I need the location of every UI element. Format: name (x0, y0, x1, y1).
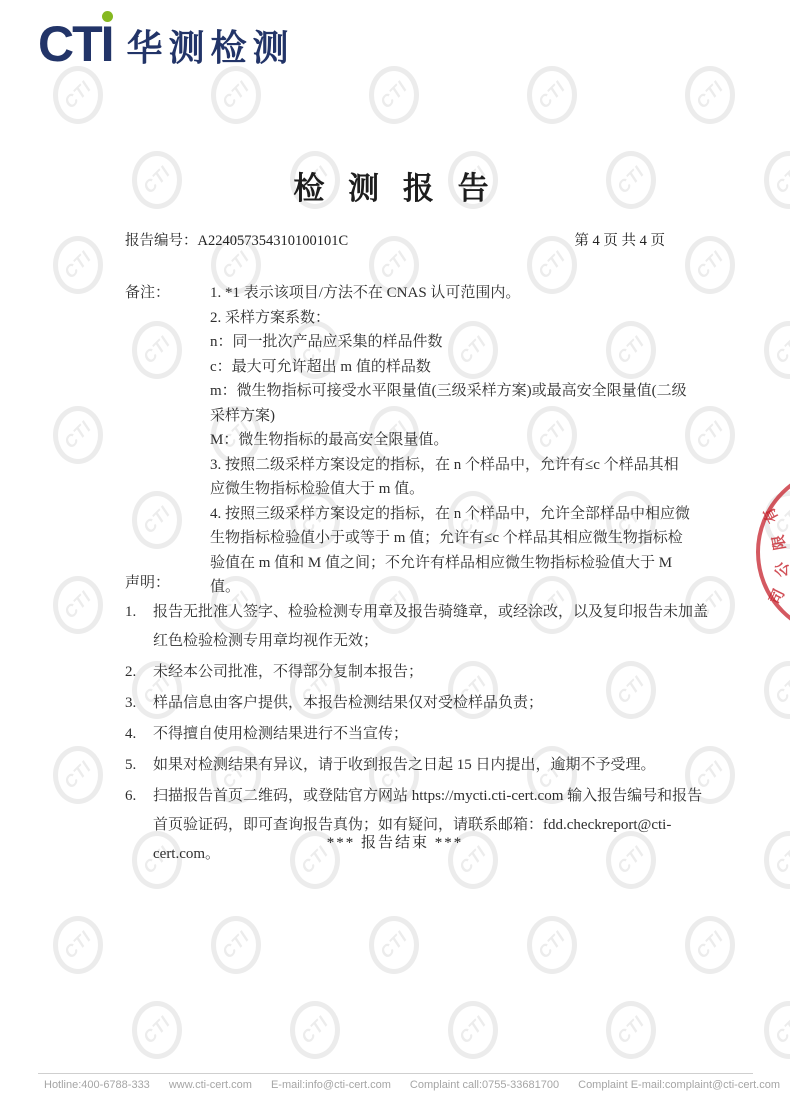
cti-logo: CTI 华测检测 (38, 24, 295, 65)
report-number-value: A224057354310100101C (198, 233, 349, 249)
declarations-label: 声明： (125, 571, 710, 592)
declaration-item-number: 4. (125, 720, 153, 749)
note-item: M：微生物指标的最高安全限量值。 (210, 428, 690, 453)
declaration-item-number: 6. (125, 782, 153, 869)
declaration-item-text: 扫描报告首页二维码，或登陆官方网站 https://mycti.cti-cert… (153, 782, 708, 869)
declaration-item-text: 未经本公司批准，不得部分复制本报告； (153, 658, 708, 687)
notes-list: 1. *1 表示该项目/方法不在 CNAS 认可范围内。2. 采样方案系数：n：… (210, 281, 690, 600)
declaration-item: 5.如果对检测结果有异议，请于收到报告之日起 15 日内提出，逾期不予受理。 (125, 751, 710, 780)
declaration-item: 2.未经本公司批准，不得部分复制本报告； (125, 658, 710, 687)
declaration-item-number: 5. (125, 751, 153, 780)
cti-logo-chinese: 华测检测 (127, 31, 295, 65)
declaration-item-text: 如果对检测结果有异议，请于收到报告之日起 15 日内提出，逾期不予受理。 (153, 751, 708, 780)
report-content: CTI 华测检测 检 测 报 告 报告编号：A22405735431010010… (0, 0, 790, 1117)
footer-contact-item: Hotline:400-6788-333 (44, 1079, 150, 1091)
notes-section: 备注： 1. *1 表示该项目/方法不在 CNAS 认可范围内。2. 采样方案系… (125, 281, 691, 600)
declaration-item-text: 不得擅自使用检测结果进行不当宣传； (153, 720, 708, 749)
declaration-item-number: 3. (125, 689, 153, 718)
declaration-item-number: 1. (125, 598, 153, 656)
footer-contact-item: www.cti-cert.com (169, 1079, 252, 1091)
declaration-item: 4.不得擅自使用检测结果进行不当宣传； (125, 720, 710, 749)
declarations-section: 声明： 1.报告无批准人签字、检验检测专用章及报告骑缝章，或经涂改，以及复印报告… (125, 571, 710, 871)
footer-contact-item: Complaint E-mail:complaint@cti-cert.com (578, 1079, 780, 1091)
declaration-item: 1.报告无批准人签字、检验检测专用章及报告骑缝章，或经涂改，以及复印报告未加盖红… (125, 598, 710, 656)
cti-logo-green-dot-icon (102, 11, 113, 22)
declaration-item: 3.样品信息由客户提供，本报告检测结果仅对受检样品负责； (125, 689, 710, 718)
report-number-label: 报告编号： (125, 233, 198, 249)
red-seal-char: 公 (770, 561, 790, 579)
declaration-item-number: 2. (125, 658, 153, 687)
footer-contact-row: Hotline:400-6788-333www.cti-cert.comE-ma… (44, 1079, 764, 1091)
declaration-item-text: 报告无批准人签字、检验检测专用章及报告骑缝章，或经涂改，以及复印报告未加盖红色检… (153, 598, 708, 656)
note-item: 1. *1 表示该项目/方法不在 CNAS 认可范围内。 (210, 281, 690, 306)
note-item: 3. 按照二级采样方案设定的指标，在 n 个样品中，允许有≤c 个样品其相应微生… (210, 453, 690, 502)
end-of-report-marker: *** 报告结束 *** (0, 831, 790, 852)
note-item: n：同一批次产品应采集的样品件数 (210, 330, 690, 355)
report-meta-row: 报告编号：A224057354310100101C 第 4 页 共 4 页 (125, 229, 665, 250)
note-item: 2. 采样方案系数： (210, 306, 690, 331)
declaration-item: 6.扫描报告首页二维码，或登陆官方网站 https://mycti.cti-ce… (125, 782, 710, 869)
footer-contact-item: Complaint call:0755-33681700 (410, 1079, 559, 1091)
report-number: 报告编号：A224057354310100101C (125, 229, 348, 250)
report-page: CTICTICTICTICTICTICTICTICTICTICTICTICTIC… (0, 0, 790, 1117)
page-title: 检 测 报 告 (0, 163, 790, 208)
notes-label: 备注： (125, 281, 170, 302)
page-indicator: 第 4 页 共 4 页 (574, 229, 665, 250)
footer-contact-item: E-mail:info@cti-cert.com (271, 1079, 391, 1091)
note-item: m：微生物指标可接受水平限量值(三级采样方案)或最高安全限量值(二级采样方案) (210, 379, 690, 428)
cti-logo-letters: CTI (38, 16, 113, 72)
declaration-item-text: 样品信息由客户提供，本报告检测结果仅对受检样品负责； (153, 689, 708, 718)
declarations-list: 1.报告无批准人签字、检验检测专用章及报告骑缝章，或经涂改，以及复印报告未加盖红… (125, 598, 710, 869)
cti-logo-text: CTI (38, 24, 113, 65)
footer-divider (38, 1073, 753, 1074)
note-item: c：最大可允许超出 m 值的样品数 (210, 355, 690, 380)
